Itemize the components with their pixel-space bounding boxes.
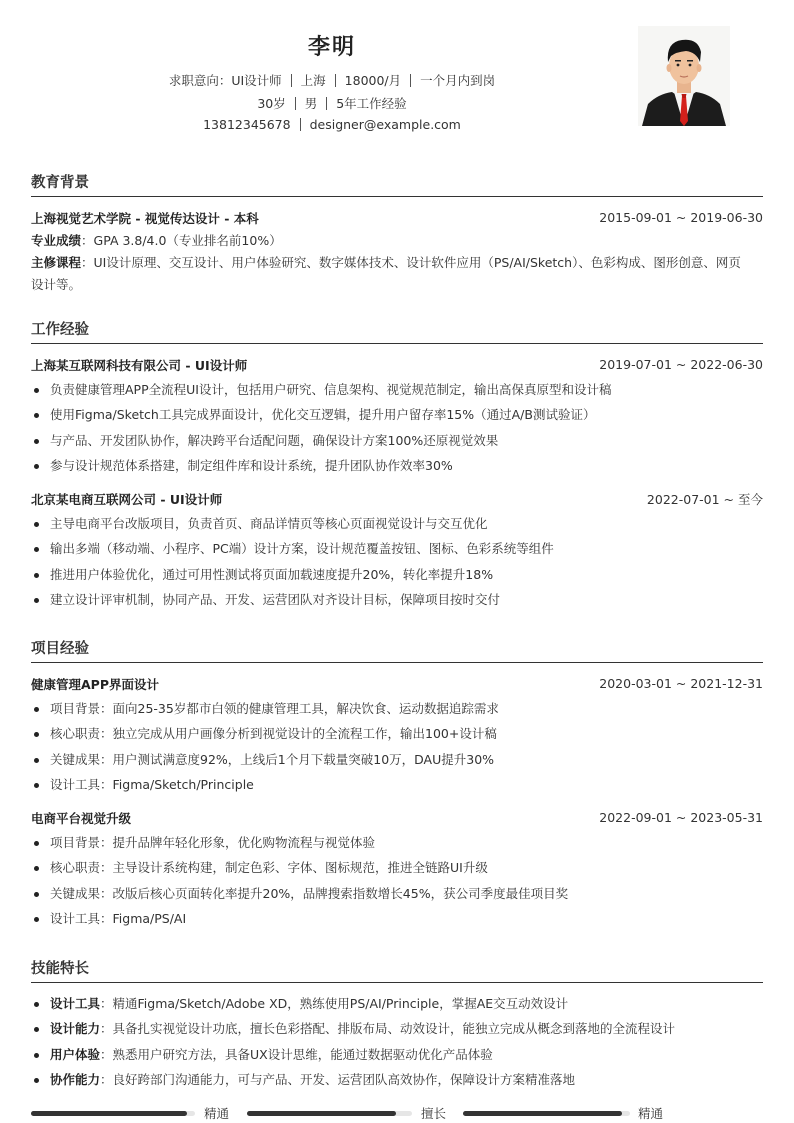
skill-label: 设计能力 xyxy=(50,1021,100,1036)
skill-bar-fill xyxy=(247,1111,396,1116)
school-degree: 上海视觉艺术学院 - 视觉传达设计 - 本科 xyxy=(31,209,259,227)
divider xyxy=(335,74,336,87)
list-item: 负责健康管理APP全流程UI设计，包括用户研究、信息架构、视觉规范制定，输出高保… xyxy=(31,377,763,402)
project-row: 健康管理APP界面设计 2020-03-01 ~ 2021-12-31 xyxy=(31,671,763,696)
divider xyxy=(326,97,327,110)
age: 30岁 xyxy=(257,96,285,111)
skill-text: ：精通Figma/Sketch/Adobe XD，熟练使用PS/AI/Princ… xyxy=(100,996,568,1011)
job-company-role: 上海某互联网科技有限公司 - UI设计师 xyxy=(31,356,247,374)
skill-item: 设计工具：精通Figma/Sketch/Adobe XD，熟练使用PS/AI/P… xyxy=(31,991,763,1016)
email: designer@example.com xyxy=(310,117,461,132)
section-title-skills: 技能特长 xyxy=(31,959,763,983)
education-date: 2015-09-01 ~ 2019-06-30 xyxy=(599,210,763,225)
gpa-line: 专业成绩：GPA 3.8/4.0（专业排名前10%） xyxy=(31,230,763,252)
skill-bar-fill xyxy=(31,1111,187,1116)
skill-bar: 擅长 xyxy=(247,1106,457,1123)
job-company-role: 北京某电商互联网公司 - UI设计师 xyxy=(31,490,222,508)
candidate-name: 李明 xyxy=(0,30,664,61)
section-title-education: 教育背景 xyxy=(31,173,763,197)
list-item: 与产品、开发团队协作，解决跨平台适配问题，确保设计方案100%还原视觉效果 xyxy=(31,428,763,453)
divider xyxy=(295,97,296,110)
skill-level-label: 精通 xyxy=(204,1104,229,1122)
job-intent: 求职意向：UI设计师 xyxy=(169,73,282,88)
courses-label: 主修课程 xyxy=(31,255,81,270)
skill-bar-track xyxy=(463,1111,630,1116)
contact-line: 13812345678designer@example.com xyxy=(0,117,664,132)
project-date: 2020-03-01 ~ 2021-12-31 xyxy=(599,676,763,691)
salary: 18000/月 xyxy=(345,73,401,88)
skill-bar: 精通 xyxy=(31,1106,241,1123)
city: 上海 xyxy=(301,73,326,88)
divider xyxy=(291,74,292,87)
list-item: 输出多端（移动端、小程序、PC端）设计方案，设计规范覆盖按钮、图标、色彩系统等组… xyxy=(31,536,763,561)
job-date: 2022-07-01 ~ 至今 xyxy=(647,490,763,508)
section-title-work: 工作经验 xyxy=(31,320,763,344)
list-item: 项目背景：面向25-35岁都市白领的健康管理工具，解决饮食、运动数据追踪需求 xyxy=(31,696,763,721)
projects-section: 项目经验 健康管理APP界面设计 2020-03-01 ~ 2021-12-31… xyxy=(31,639,763,931)
project-row: 电商平台视觉升级 2022-09-01 ~ 2023-05-31 xyxy=(31,805,763,830)
list-item: 主导电商平台改版项目，负责首页、商品详情页等核心页面视觉设计与交互优化 xyxy=(31,511,763,536)
work-section: 工作经验 上海某互联网科技有限公司 - UI设计师 2019-07-01 ~ 2… xyxy=(31,320,763,612)
phone: 13812345678 xyxy=(203,117,290,132)
skill-level-label: 精通 xyxy=(638,1104,663,1122)
availability: 一个月内到岗 xyxy=(420,73,495,88)
job-bullets: 主导电商平台改版项目，负责首页、商品详情页等核心页面视觉设计与交互优化 输出多端… xyxy=(31,511,763,612)
project-name: 电商平台视觉升级 xyxy=(31,809,131,827)
avatar xyxy=(638,26,730,126)
gpa-label: 专业成绩 xyxy=(31,233,81,248)
skill-text: ：熟悉用户研究方法，具备UX设计思维，能通过数据驱动优化产品体验 xyxy=(100,1047,493,1062)
skill-level-bars: 精通 擅长 精通 xyxy=(31,1106,771,1123)
divider xyxy=(410,74,411,87)
project-date: 2022-09-01 ~ 2023-05-31 xyxy=(599,810,763,825)
courses-value: ：UI设计原理、交互设计、用户体验研究、数字媒体技术、设计软件应用（PS/AI/… xyxy=(81,255,741,270)
skill-bar-track xyxy=(247,1111,412,1116)
basic-info-line: 30岁男5年工作经验 xyxy=(0,94,664,112)
list-item: 使用Figma/Sketch工具完成界面设计，优化交互逻辑，提升用户留存率15%… xyxy=(31,402,763,427)
list-item: 核心职责：主导设计系统构建，制定色彩、字体、图标规范，推进全链路UI升级 xyxy=(31,855,763,880)
skill-text: ：良好跨部门沟通能力，可与产品、开发、运营团队高效协作，保障设计方案精准落地 xyxy=(100,1072,575,1087)
list-item: 建立设计评审机制，协同产品、开发、运营团队对齐设计目标，保障项目按时交付 xyxy=(31,587,763,612)
courses-line: 主修课程：UI设计原理、交互设计、用户体验研究、数字媒体技术、设计软件应用（PS… xyxy=(31,252,763,274)
list-item: 项目背景：提升品牌年轻化形象，优化购物流程与视觉体验 xyxy=(31,830,763,855)
list-item: 关键成果：用户测试满意度92%，上线后1个月下载量突破10万，DAU提升30% xyxy=(31,747,763,772)
education-section: 教育背景 上海视觉艺术学院 - 视觉传达设计 - 本科 2015-09-01 ~… xyxy=(31,173,763,296)
skill-bar: 精通 xyxy=(463,1106,673,1123)
project-bullets: 项目背景：提升品牌年轻化形象，优化购物流程与视觉体验 核心职责：主导设计系统构建… xyxy=(31,830,763,931)
gender: 男 xyxy=(305,96,318,111)
list-item: 设计工具：Figma/PS/AI xyxy=(31,906,763,931)
section-title-projects: 项目经验 xyxy=(31,639,763,663)
project-bullets: 项目背景：面向25-35岁都市白领的健康管理工具，解决饮食、运动数据追踪需求 核… xyxy=(31,696,763,797)
divider xyxy=(300,118,301,131)
list-item: 关键成果：改版后核心页面转化率提升20%，品牌搜索指数增长45%，获公司季度最佳… xyxy=(31,881,763,906)
list-item: 核心职责：独立完成从用户画像分析到视觉设计的全流程工作，输出100+设计稿 xyxy=(31,721,763,746)
education-row: 上海视觉艺术学院 - 视觉传达设计 - 本科 2015-09-01 ~ 2019… xyxy=(31,205,763,230)
courses-line-cont: 设计等。 xyxy=(31,274,763,296)
skills-bullets: 设计工具：精通Figma/Sketch/Adobe XD，熟练使用PS/AI/P… xyxy=(31,991,763,1092)
list-item: 参与设计规范体系搭建，制定组件库和设计系统，提升团队协作效率30% xyxy=(31,453,763,478)
skill-bar-track xyxy=(31,1111,195,1116)
skill-item: 协作能力：良好跨部门沟通能力，可与产品、开发、运营团队高效协作，保障设计方案精准… xyxy=(31,1067,763,1092)
skill-label: 用户体验 xyxy=(50,1047,100,1062)
skill-item: 设计能力：具备扎实视觉设计功底，擅长色彩搭配、排版布局、动效设计，能独立完成从概… xyxy=(31,1016,763,1041)
gpa-value: ：GPA 3.8/4.0（专业排名前10%） xyxy=(81,233,282,248)
experience-years: 5年工作经验 xyxy=(336,96,406,111)
skill-level-label: 擅长 xyxy=(421,1104,446,1122)
skill-label: 协作能力 xyxy=(50,1072,100,1087)
job-row: 北京某电商互联网公司 - UI设计师 2022-07-01 ~ 至今 xyxy=(31,486,763,511)
job-row: 上海某互联网科技有限公司 - UI设计师 2019-07-01 ~ 2022-0… xyxy=(31,352,763,377)
job-bullets: 负责健康管理APP全流程UI设计，包括用户研究、信息架构、视觉规范制定，输出高保… xyxy=(31,377,763,478)
resume-header: 李明 求职意向：UI设计师上海18000/月一个月内到岗 30岁男5年工作经验 … xyxy=(0,0,794,150)
job-date: 2019-07-01 ~ 2022-06-30 xyxy=(599,357,763,372)
list-item: 推进用户体验优化，通过可用性测试将页面加载速度提升20%，转化率提升18% xyxy=(31,562,763,587)
avatar-portrait-icon xyxy=(638,26,730,126)
skill-bar-fill xyxy=(463,1111,622,1116)
skill-text: ：具备扎实视觉设计功底，擅长色彩搭配、排版布局、动效设计，能独立完成从概念到落地… xyxy=(100,1021,675,1036)
project-name: 健康管理APP界面设计 xyxy=(31,675,159,693)
skill-item: 用户体验：熟悉用户研究方法，具备UX设计思维，能通过数据驱动优化产品体验 xyxy=(31,1042,763,1067)
skills-section: 技能特长 设计工具：精通Figma/Sketch/Adobe XD，熟练使用PS… xyxy=(31,959,763,1092)
job-intent-line: 求职意向：UI设计师上海18000/月一个月内到岗 xyxy=(0,71,664,89)
list-item: 设计工具：Figma/Sketch/Principle xyxy=(31,772,763,797)
skill-label: 设计工具 xyxy=(50,996,100,1011)
